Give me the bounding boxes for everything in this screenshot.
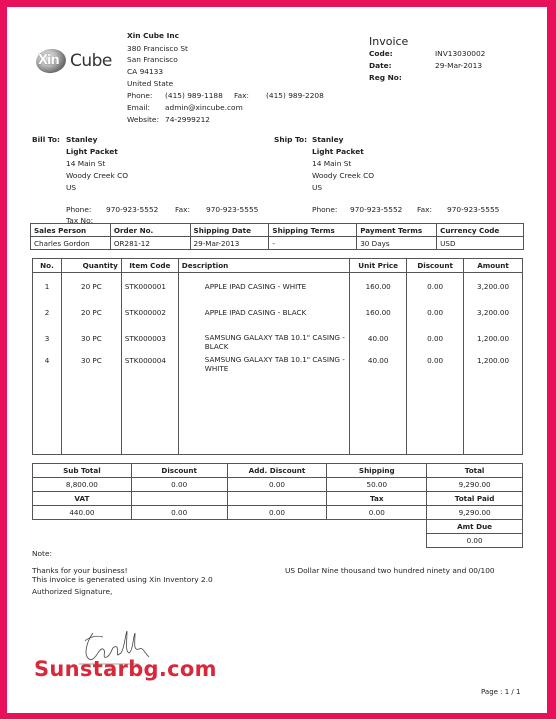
header-description: Description: [178, 259, 349, 273]
shipping-terms: -: [269, 237, 357, 250]
header-vat: VAT: [33, 492, 132, 506]
header-summary-discount: Discount: [131, 464, 227, 478]
header-discount: Discount: [407, 259, 464, 273]
watermark-text: Sunstarbg.com: [34, 657, 217, 681]
items-header-row: No. Quantity Item Code Description Unit …: [33, 259, 523, 273]
header-blank-1: [131, 492, 227, 506]
logo-xin-text: Xin: [38, 53, 59, 68]
company-address-2: San Francisco: [127, 55, 178, 65]
bill-to-company: Light Packet: [66, 147, 118, 157]
item-amount: 1,200.00: [464, 354, 523, 455]
item-no: 3: [33, 327, 62, 354]
bill-to-name: Stanley: [66, 135, 97, 145]
company-email-label: Email:: [127, 103, 150, 113]
order-meta-header-row: Sales Person Order No. Shipping Date Shi…: [31, 224, 524, 237]
company-website: 74-2999212: [165, 115, 210, 125]
bill-to-phone-label: Phone:: [66, 205, 91, 215]
summary-value-row-1: 8,800.00 0.00 0.00 50.00 9,290.00: [33, 478, 523, 492]
invoice-code: INV13030002: [435, 49, 485, 59]
bill-to-street: 14 Main St: [66, 159, 105, 169]
item-qty: 20 PC: [61, 273, 121, 301]
header-no: No.: [33, 259, 62, 273]
company-name: Xin Cube Inc: [127, 31, 179, 41]
tax: 0.00: [327, 506, 427, 520]
summary-table: Sub Total Discount Add. Discount Shippin…: [32, 463, 523, 548]
item-discount: 0.00: [407, 354, 464, 455]
invoice-date: 29-Mar-2013: [435, 61, 482, 71]
header-currency-code: Currency Code: [437, 224, 524, 237]
header-shipping-terms: Shipping Terms: [269, 224, 357, 237]
summary-header-row-1: Sub Total Discount Add. Discount Shippin…: [33, 464, 523, 478]
company-address-4: United State: [127, 79, 173, 89]
note-label: Note:: [32, 549, 52, 559]
item-amount: 3,200.00: [464, 273, 523, 301]
vat: 440.00: [33, 506, 132, 520]
item-no: 1: [33, 273, 62, 301]
item-code: STK000003: [121, 327, 178, 354]
order-no: OR281-12: [110, 237, 190, 250]
item-discount: 0.00: [407, 301, 464, 327]
table-row: 4 30 PC STK000004 SAMSUNG GALAXY TAB 10.…: [33, 354, 523, 455]
invoice-reg-label: Reg No:: [369, 73, 402, 83]
item-code: STK000002: [121, 301, 178, 327]
header-add-discount: Add. Discount: [227, 464, 327, 478]
header-amount: Amount: [464, 259, 523, 273]
total: 9,290.00: [427, 478, 523, 492]
amt-due: 0.00: [427, 534, 523, 548]
table-row: 3 30 PC STK000003 SAMSUNG GALAXY TAB 10.…: [33, 327, 523, 354]
logo-cube-text: Cube: [70, 51, 112, 71]
table-row: 1 20 PC STK000001 APPLE IPAD CASING - WH…: [33, 273, 523, 301]
sub-total: 8,800.00: [33, 478, 132, 492]
generated-text: This invoice is generated using Xin Inve…: [32, 575, 213, 585]
header-blank-2: [227, 492, 327, 506]
item-amount: 1,200.00: [464, 327, 523, 354]
bill-to-phone: 970-923-5552: [106, 205, 158, 215]
ship-to-name: Stanley: [312, 135, 343, 145]
header-shipping-date: Shipping Date: [190, 224, 269, 237]
ship-to-label: Ship To:: [274, 135, 307, 145]
header-total-paid: Total Paid: [427, 492, 523, 506]
ship-to-fax: 970-923-5555: [447, 205, 499, 215]
header-item-code: Item Code: [121, 259, 178, 273]
summary-discount: 0.00: [131, 478, 227, 492]
company-fax-label: Fax:: [234, 91, 249, 101]
total-paid: 9,290.00: [427, 506, 523, 520]
header-shipping: Shipping: [327, 464, 427, 478]
company-fax: (415) 989-2208: [266, 91, 324, 101]
header-sub-total: Sub Total: [33, 464, 132, 478]
header-tax: Tax: [327, 492, 427, 506]
item-unit-price: 160.00: [350, 301, 407, 327]
company-phone-label: Phone:: [127, 91, 152, 101]
item-qty: 30 PC: [61, 327, 121, 354]
header-unit-price: Unit Price: [350, 259, 407, 273]
company-address-1: 380 Francisco St: [127, 44, 188, 54]
ship-to-company: Light Packet: [312, 147, 364, 157]
bill-to-city: Woody Creek CO: [66, 171, 128, 181]
bill-to-fax-label: Fax:: [175, 205, 190, 215]
shipping: 50.00: [327, 478, 427, 492]
bill-to-fax: 970-923-5555: [206, 205, 258, 215]
item-description: SAMSUNG GALAXY TAB 10.1" CASING - BLACK: [178, 327, 349, 354]
invoice-page: Xin Cube Xin Cube Inc 380 Francisco St S…: [7, 7, 547, 713]
amount-in-words: US Dollar Nine thousand two hundred nine…: [285, 566, 495, 576]
amt-due-header-row: Amt Due: [33, 520, 523, 534]
item-description: APPLE IPAD CASING - BLACK: [178, 301, 349, 327]
header-payment-terms: Payment Terms: [357, 224, 437, 237]
ship-to-fax-label: Fax:: [417, 205, 432, 215]
company-website-label: Website:: [127, 115, 159, 125]
amt-due-value-row: 0.00: [33, 534, 523, 548]
ship-to-phone-label: Phone:: [312, 205, 337, 215]
invoice-code-label: Code:: [369, 49, 393, 59]
item-no: 2: [33, 301, 62, 327]
summary-value-row-2: 440.00 0.00 0.00 0.00 9,290.00: [33, 506, 523, 520]
sales-person: Charles Gordon: [31, 237, 111, 250]
header-sales-person: Sales Person: [31, 224, 111, 237]
ship-to-city: Woody Creek CO: [312, 171, 374, 181]
item-discount: 0.00: [407, 327, 464, 354]
table-row: 2 20 PC STK000002 APPLE IPAD CASING - BL…: [33, 301, 523, 327]
item-unit-price: 40.00: [350, 327, 407, 354]
item-description: APPLE IPAD CASING - WHITE: [178, 273, 349, 301]
header-total: Total: [427, 464, 523, 478]
company-email[interactable]: admin@xincube.com: [165, 103, 243, 113]
ship-to-phone: 970-923-5552: [350, 205, 402, 215]
invoice-title: Invoice: [369, 35, 408, 48]
page-number: Page : 1 / 1: [481, 687, 520, 697]
shipping-date: 29-Mar-2013: [190, 237, 269, 250]
summary-header-row-2: VAT Tax Total Paid: [33, 492, 523, 506]
company-phone: (415) 989-1188: [165, 91, 223, 101]
item-discount: 0.00: [407, 273, 464, 301]
ship-to-country: US: [312, 183, 322, 193]
payment-terms: 30 Days: [357, 237, 437, 250]
item-qty: 20 PC: [61, 301, 121, 327]
header-amt-due: Amt Due: [427, 520, 523, 534]
bill-to-label: Bill To:: [32, 135, 60, 145]
item-code: STK000004: [121, 354, 178, 455]
invoice-date-label: Date:: [369, 61, 392, 71]
add-discount: 0.00: [227, 478, 327, 492]
bill-to-country: US: [66, 183, 76, 193]
item-description: SAMSUNG GALAXY TAB 10.1" CASING - WHITE: [178, 354, 349, 455]
ship-to-street: 14 Main St: [312, 159, 351, 169]
order-meta-table: Sales Person Order No. Shipping Date Shi…: [30, 223, 524, 250]
header-quantity: Quantity: [61, 259, 121, 273]
header-order-no: Order No.: [110, 224, 190, 237]
line-items-table: No. Quantity Item Code Description Unit …: [32, 258, 523, 455]
item-unit-price: 40.00: [350, 354, 407, 455]
order-meta-value-row: Charles Gordon OR281-12 29-Mar-2013 - 30…: [31, 237, 524, 250]
value-blank-2: 0.00: [227, 506, 327, 520]
authorized-signature-label: Authorized Signature,: [32, 587, 112, 597]
value-blank-1: 0.00: [131, 506, 227, 520]
company-address-3: CA 94133: [127, 67, 163, 77]
item-unit-price: 160.00: [350, 273, 407, 301]
item-code: STK000001: [121, 273, 178, 301]
item-qty: 30 PC: [61, 354, 121, 455]
item-no: 4: [33, 354, 62, 455]
currency-code: USD: [437, 237, 524, 250]
item-amount: 3,200.00: [464, 301, 523, 327]
